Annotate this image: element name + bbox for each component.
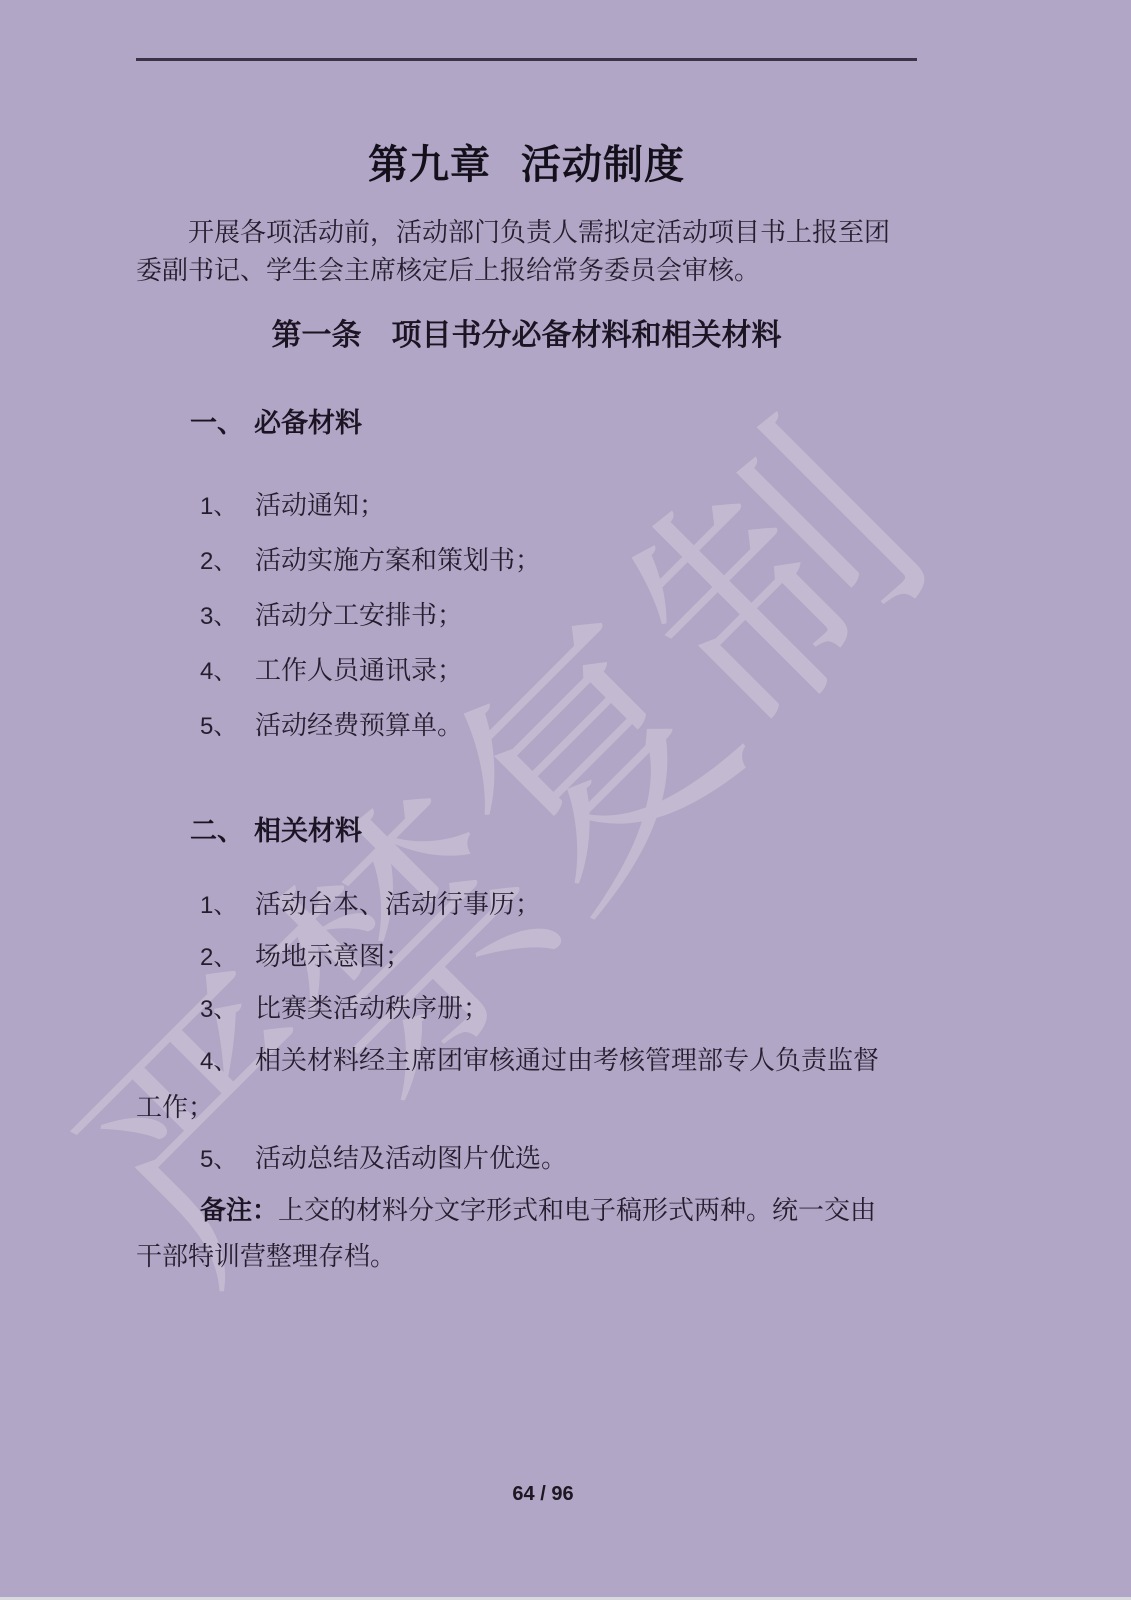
intro-line-2: 委副书记、学生会主席核定后上报给常务委员会审核。: [136, 252, 915, 290]
list-item-number: 3、: [200, 594, 255, 640]
list-item: 2、场地示意图；: [200, 934, 411, 981]
subsection-2-heading: 二、相关材料: [190, 815, 362, 847]
list-item: 2、活动实施方案和策划书；: [200, 538, 541, 585]
list-item-text: 相关材料经主席团审核通过由考核管理部专人负责监督: [255, 1046, 879, 1075]
note-wrap-line: 干部特训营整理存档。: [136, 1234, 917, 1280]
list-item: 5、活动经费预算单。: [200, 703, 463, 750]
list-item: 3、比赛类活动秩序册；: [200, 986, 489, 1033]
list-item-first-line: 4、相关材料经主席团审核通过由考核管理部专人负责监督: [136, 1038, 917, 1085]
note-text: 上交的材料分文字形式和电子稿形式两种。统一交由: [278, 1196, 876, 1225]
list-item-text: 活动经费预算单。: [255, 711, 463, 740]
note-paragraph: 备注：上交的材料分文字形式和电子稿形式两种。统一交由 干部特训营整理存档。: [136, 1188, 917, 1280]
list-item-number: 5、: [200, 1137, 255, 1183]
list-item-text: 活动分工安排书；: [255, 601, 463, 630]
page-number: 64 / 96: [0, 1483, 1086, 1506]
list-item-text: 场地示意图；: [255, 942, 411, 971]
subsection-1-heading: 一、必备材料: [190, 407, 362, 439]
intro-line-1: 开展各项活动前，活动部门负责人需拟定活动项目书上报至团: [136, 214, 915, 252]
list-item-number: 2、: [200, 539, 255, 585]
header-rule: [136, 58, 917, 61]
list-item-number: 1、: [200, 883, 255, 929]
chapter-title-text: 活动制度: [521, 142, 685, 187]
list-item-number: 4、: [200, 1039, 255, 1085]
list-item-text: 活动通知；: [255, 491, 385, 520]
page-content: 第九章活动制度 开展各项活动前，活动部门负责人需拟定活动项目书上报至团 委副书记…: [0, 0, 1131, 1600]
article-heading: 第一条项目书分必备材料和相关材料: [136, 321, 917, 351]
list-item-number: 3、: [200, 987, 255, 1033]
list-item-number: 2、: [200, 935, 255, 981]
list-item: 1、活动台本、活动行事历；: [200, 882, 541, 929]
list-item-number: 4、: [200, 649, 255, 695]
list-item: 5、活动总结及活动图片优选。: [200, 1136, 567, 1183]
article-heading-number: 第一条: [272, 319, 362, 352]
note-label: 备注：: [200, 1196, 278, 1225]
subsection-2-label: 二、: [190, 815, 254, 847]
list-item: 1、活动通知；: [200, 483, 385, 530]
subsection-1-label: 一、: [190, 407, 254, 439]
article-heading-text: 项目书分必备材料和相关材料: [392, 319, 782, 352]
list-item-number: 5、: [200, 704, 255, 750]
subsection-2-title: 相关材料: [254, 816, 362, 846]
intro-paragraph: 开展各项活动前，活动部门负责人需拟定活动项目书上报至团 委副书记、学生会主席核定…: [136, 214, 915, 290]
list-item-text: 比赛类活动秩序册；: [255, 994, 489, 1023]
subsection-1-title: 必备材料: [254, 408, 362, 438]
list-item-text: 活动实施方案和策划书；: [255, 546, 541, 575]
list-item: 3、活动分工安排书；: [200, 593, 463, 640]
document-page: 严禁复制 第九章活动制度 开展各项活动前，活动部门负责人需拟定活动项目书上报至团…: [0, 0, 1131, 1600]
list-item: 4、工作人员通讯录；: [200, 648, 463, 695]
chapter-title: 第九章活动制度: [136, 145, 917, 185]
list-item-number: 1、: [200, 484, 255, 530]
list-item-wrap-line: 工作；: [136, 1085, 917, 1131]
list-item-text: 工作人员通讯录；: [255, 656, 463, 685]
list-item-text: 活动台本、活动行事历；: [255, 890, 541, 919]
chapter-title-number: 第九章: [368, 142, 491, 187]
list-item-text: 活动总结及活动图片优选。: [255, 1144, 567, 1173]
list-item: 4、相关材料经主席团审核通过由考核管理部专人负责监督 工作；: [136, 1038, 917, 1131]
note-first-line: 备注：上交的材料分文字形式和电子稿形式两种。统一交由: [136, 1188, 917, 1234]
